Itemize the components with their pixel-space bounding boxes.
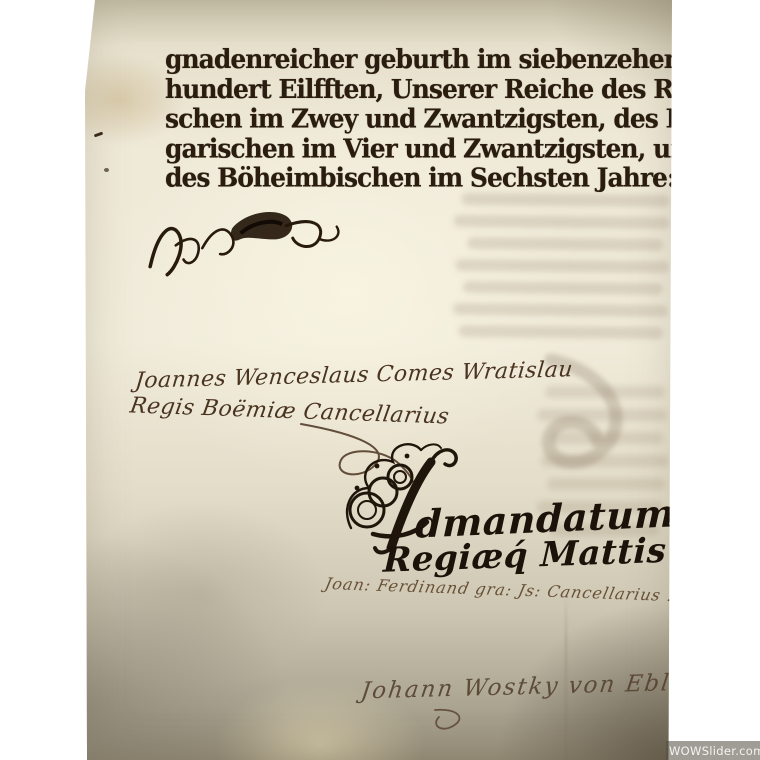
royal-signature-scrawl (133, 178, 372, 290)
parchment-crease (565, 588, 567, 760)
ink-bleedthrough-upper (452, 193, 672, 360)
ink-fleck (94, 132, 103, 138)
latin-line-1: Joannes Wenceslaus Comes Wratislau (134, 357, 574, 394)
bottom-signature: Johann Wostky von Eblin (359, 670, 672, 705)
mandate-countersignature: Joan: Ferdinand gra: Js: Cancellarius . (323, 574, 672, 605)
blackletter-line: hundert Eilfften, Unserer Reiche des Röm… (165, 75, 665, 105)
photo-canvas: gnadenreicher geburth im siebenzehen hun… (0, 0, 760, 760)
bottom-signature-flourish (423, 706, 483, 736)
blackletter-line: gnadenreicher geburth im siebenzehen (165, 45, 665, 75)
watermark-link[interactable]: WOWSlider.com (666, 741, 760, 760)
blackletter-line: garischen im Vier und Zwantzigsten, und (165, 134, 665, 164)
blackletter-line: des Böheimbischen im Sechsten Jahre: (165, 164, 665, 194)
ink-fleck (104, 168, 109, 172)
blackletter-text-block: gnadenreicher geburth im siebenzehen hun… (165, 45, 665, 193)
blackletter-line: schen im Zwey und Zwantzigsten, des Hun (165, 104, 665, 134)
watermark-text: WOWSlider.com (669, 744, 760, 758)
manuscript-photo: gnadenreicher geburth im siebenzehen hun… (85, 0, 672, 760)
